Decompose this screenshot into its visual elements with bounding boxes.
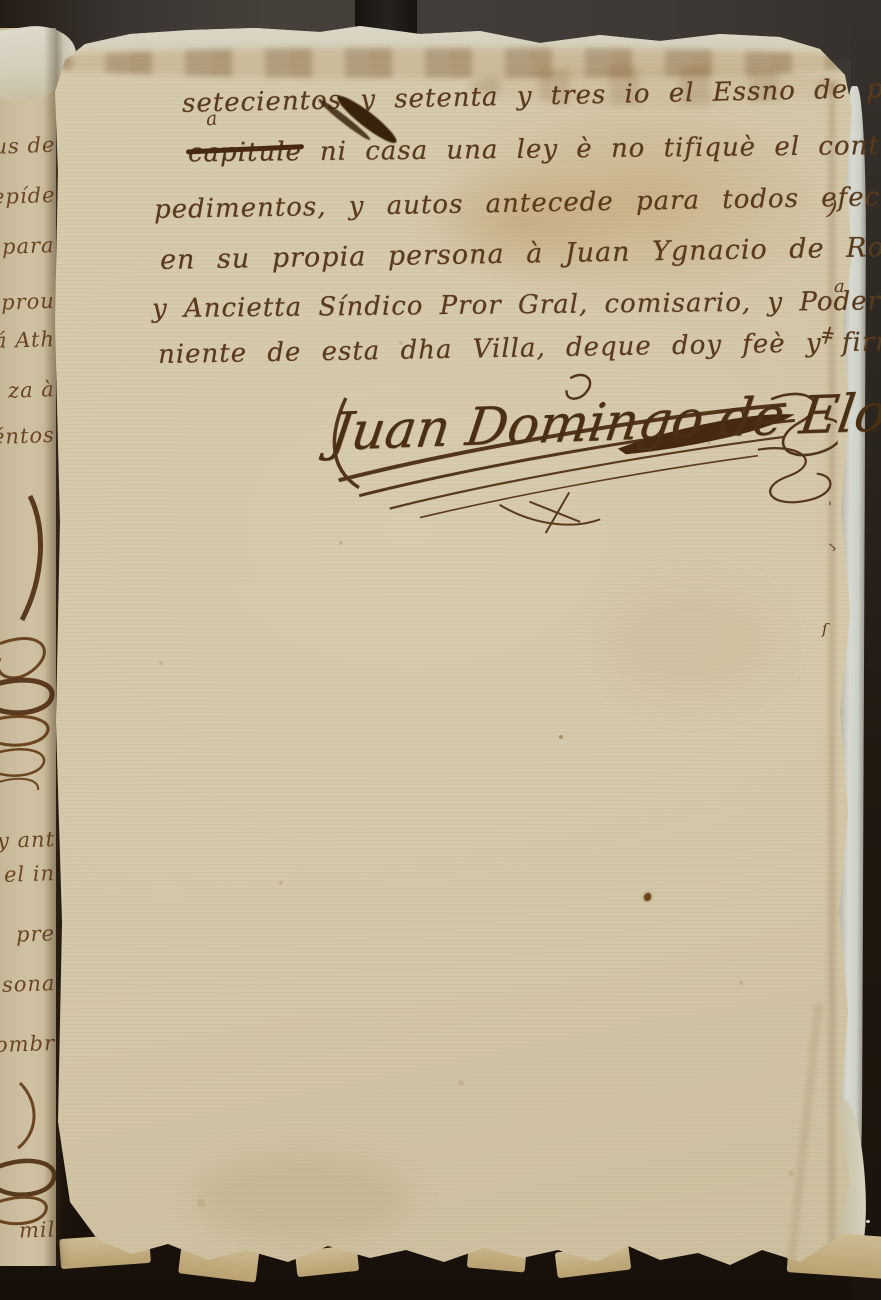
superscript-correction: a xyxy=(205,107,219,130)
manuscript-line-text: ni casa una ley è no tifiquè el contenid… xyxy=(320,130,881,167)
struck-out-word: capitule xyxy=(188,137,302,168)
edge-ink-mark: ſ xyxy=(822,620,828,638)
background-speck xyxy=(866,1220,870,1223)
paper-stain xyxy=(190,1152,410,1242)
signature-block: Juan Domingo de Elola xyxy=(315,363,841,551)
edge-ink-mark: ' xyxy=(828,500,832,516)
paper-stain xyxy=(600,582,780,702)
manuscript-photo: aus de epíde para Aprou á Ath za à éntos… xyxy=(0,0,881,1300)
edge-ink-mark: a xyxy=(834,276,845,297)
